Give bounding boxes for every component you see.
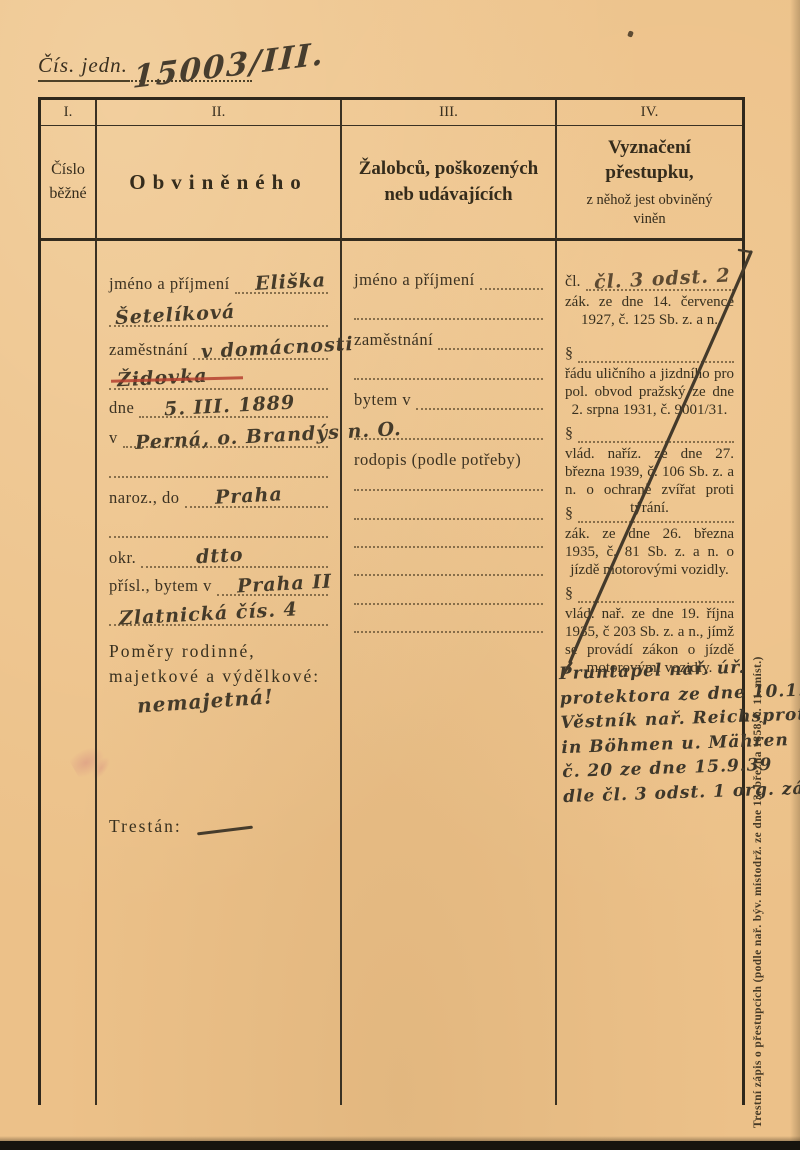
column-numeral-4: IV. — [557, 100, 742, 126]
dotted-line — [354, 607, 543, 633]
dotted-line — [438, 324, 543, 350]
pomery-label: Poměry rodinné, majetkové a výdělkové: — [109, 639, 339, 689]
dotted-line — [578, 501, 734, 523]
scan-bottom-edge — [0, 1141, 800, 1150]
dotted-line: 5. III. 1889 — [139, 392, 328, 418]
margin-imprint-vertical-text: Trestní zápis o přestupcích (podle nař. … — [752, 618, 764, 1128]
dotted-line — [578, 421, 734, 443]
handwritten-first-name: Eliška — [254, 269, 326, 295]
header-obvineneho: Obviněného — [97, 126, 342, 241]
field-label: okr. — [109, 548, 141, 568]
statute-prefix: § — [565, 425, 578, 443]
field-v: v Perná, o. Brandýs n. O. — [109, 424, 328, 448]
field-continuation — [109, 454, 328, 478]
scanned-form-page: { "page": { "cis_jedn_label": "Čís. jedn… — [0, 0, 800, 1150]
field-label: dne — [109, 398, 139, 418]
handwritten-surname: Šetelíková — [115, 301, 236, 329]
field-label: zaměstnání — [109, 340, 193, 360]
dotted-line: čl. 3 odst. 2 — [586, 269, 734, 291]
dotted-line — [109, 512, 328, 538]
handwritten-dash — [197, 826, 253, 836]
dotted-line: dtto — [141, 542, 328, 568]
field-continuation — [354, 609, 543, 633]
statute-paragraph-2: § řádu uličního a jizdního pro pol. obvo… — [565, 343, 734, 419]
dotted-line — [354, 494, 543, 520]
field-label: jméno a příjmení — [109, 274, 235, 294]
case-number-block: Čís. jedn. 15003/III. — [38, 40, 252, 82]
dotted-line — [354, 465, 543, 491]
ink-speck — [627, 30, 634, 37]
handwritten-residence: Praha II — [236, 571, 332, 598]
statute-prefix: čl. — [565, 273, 586, 291]
field-okr: okr. dtto — [109, 544, 328, 568]
field-continuation — [354, 524, 543, 548]
dotted-line — [416, 384, 543, 410]
header-cislo-bezne-label: Číslo běžné — [46, 158, 90, 206]
handwritten-birthdate: 5. III. 1889 — [164, 392, 296, 421]
field-continuation — [109, 514, 328, 538]
statute-text: zák. ze dne 14. července 1927, č. 125 Sb… — [565, 293, 734, 329]
dotted-line: v domácnosti — [193, 334, 328, 360]
dotted-line — [354, 414, 543, 440]
column-numeral-3: III. — [342, 100, 557, 126]
handwritten-street: Zlatnická čís. 4 — [119, 598, 299, 629]
field-continuation: Zlatnická čís. 4 — [109, 602, 328, 626]
field-continuation — [354, 496, 543, 520]
handwritten-pomery: nemajetná! — [136, 684, 274, 717]
field-continuation — [354, 581, 543, 605]
dotted-line — [354, 354, 543, 380]
statute-prefix: § — [565, 505, 578, 523]
field-continuation: Šetelíková — [109, 303, 328, 327]
case-number-line: 15003/III. — [128, 40, 252, 82]
statute-text: zák. ze dne 26. března 1935, č. 81 Sb. z… — [565, 525, 734, 579]
field-continuation — [354, 296, 543, 320]
handwritten-note-block: Pruntapel nař. úř. protektora ze dne 10.… — [558, 656, 742, 809]
header-vyznaceni-sublabel: z něhož jest obviněný viněn — [575, 191, 725, 229]
statute-prefix: § — [565, 345, 578, 363]
field-continuation — [354, 416, 543, 440]
dotted-line: Perná, o. Brandýs n. O. — [123, 422, 328, 448]
body-cislo-bezne-cell — [41, 241, 97, 1105]
field-continuation — [354, 356, 543, 380]
body-obvineneho-cell: jméno a příjmení Eliška Šetelíková zaměs… — [97, 241, 342, 1105]
field-label: jméno a příjmení — [354, 270, 480, 290]
statute-paragraph-4: § zák. ze dne 26. března 1935, č. 81 Sb.… — [565, 503, 734, 579]
statute-prefix: § — [565, 585, 578, 603]
field-continuation — [354, 552, 543, 576]
dotted-line — [354, 579, 543, 605]
dotted-line — [578, 341, 734, 363]
dotted-line: Praha — [185, 482, 328, 508]
field-bytem-v: bytem v — [354, 386, 543, 410]
column-numeral-2: II. — [97, 100, 342, 126]
field-prisl-bytem: přísl., bytem v Praha II — [109, 572, 328, 596]
field-naroz-do: naroz., do Praha — [109, 484, 328, 508]
field-label: v — [109, 428, 123, 448]
header-vyznaceni-label: Vyznačení přestupku, — [590, 135, 710, 185]
handwritten-clause: čl. 3 odst. 2 — [593, 264, 731, 293]
field-zamestnani: zaměstnání v domácnosti — [109, 336, 328, 360]
dotted-line — [354, 550, 543, 576]
field-jmeno-prijmeni: jméno a příjmení — [354, 266, 543, 290]
handwritten-occupation: v domácnosti — [201, 333, 355, 363]
dotted-line: Praha II — [217, 570, 328, 596]
handwritten-naroz-do: Praha — [214, 483, 283, 509]
header-obvineneho-label: Obviněného — [129, 170, 308, 195]
header-cislo-bezne: Číslo běžné — [41, 126, 97, 241]
statute-text: řádu uličního a jizdního pro pol. obvod … — [565, 365, 734, 419]
dotted-line — [354, 522, 543, 548]
offense-record-table: I. II. III. IV. Číslo běžné Obviněného Ž… — [38, 97, 745, 1105]
dotted-line: Eliška — [235, 268, 328, 294]
field-label: bytem v — [354, 390, 416, 410]
trestan-label: Trestán: — [109, 816, 182, 837]
statute-paragraph-1: čl. čl. 3 odst. 2 zák. ze dne 14. červen… — [565, 271, 734, 329]
dotted-line — [109, 452, 328, 478]
dotted-line — [480, 264, 543, 290]
field-zamestnani: zaměstnání — [354, 326, 543, 350]
handwritten-okres: dtto — [196, 544, 245, 568]
header-vyznaceni: Vyznačení přestupku, z něhož jest obvině… — [557, 126, 742, 241]
header-zalobcu: Žalobců, poškozených neb udávajících — [342, 126, 557, 241]
case-number-label: Čís. jedn. — [38, 53, 128, 82]
field-label: přísl., bytem v — [109, 576, 217, 596]
header-zalobcu-label: Žalobců, poškozených neb udávajících — [359, 156, 539, 208]
case-number-handwritten: 15003/III. — [132, 36, 326, 96]
dotted-line: Šetelíková — [109, 301, 328, 327]
dotted-line — [354, 294, 543, 320]
body-zalobcu-cell: jméno a příjmení zaměstnání bytem v rodo… — [342, 241, 557, 1105]
body-vyznaceni-cell: čl. čl. 3 odst. 2 zák. ze dne 14. červen… — [557, 241, 742, 1105]
field-continuation — [354, 467, 543, 491]
dotted-line — [578, 581, 734, 603]
field-dne: dne 5. III. 1889 — [109, 394, 328, 418]
column-numeral-1: I. — [41, 100, 97, 126]
field-label: zaměstnání — [354, 330, 438, 350]
dotted-line: Zlatnická čís. 4 — [109, 600, 328, 626]
field-jmeno-prijmeni: jméno a příjmení Eliška — [109, 270, 328, 294]
field-label: naroz., do — [109, 488, 185, 508]
scan-edge-shadow — [790, 0, 800, 1150]
